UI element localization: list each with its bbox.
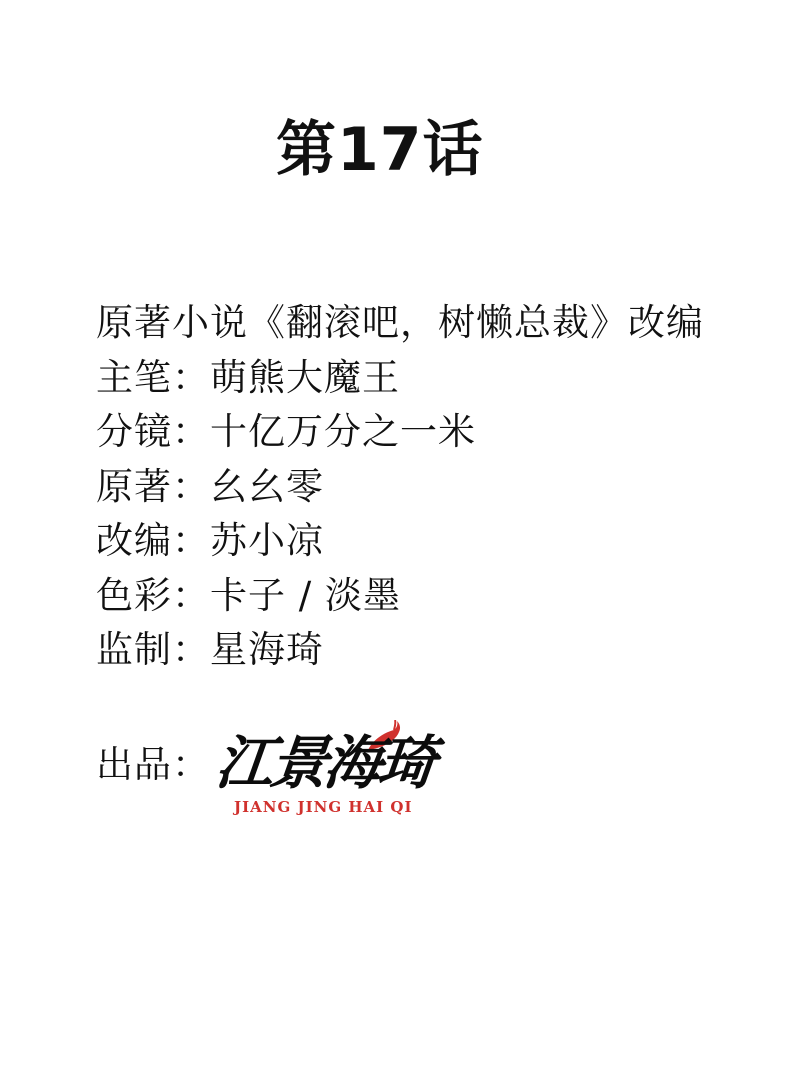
credit-label: 主笔 (96, 356, 172, 399)
credit-value: 幺幺零 (210, 465, 324, 508)
credit-label: 分镜 (96, 410, 172, 453)
credit-adaptation-note: 原著小说《翻滚吧，树懒总裁》改编 (96, 296, 704, 351)
credit-label: 改编 (96, 519, 172, 562)
credit-separator: ： (172, 356, 210, 399)
credit-colorist: 色彩：卡子 / 淡墨 (96, 569, 704, 624)
credit-separator: ： (172, 519, 210, 562)
credit-value: 苏小凉 (210, 519, 324, 562)
credit-storyboard: 分镜：十亿万分之一米 (96, 405, 704, 460)
logo-romanized: JIANG JING HAI QI (234, 798, 412, 816)
credit-label: 色彩 (96, 574, 172, 617)
credit-label: 监制 (96, 628, 172, 671)
credits-list: 原著小说《翻滚吧，树懒总裁》改编 主笔：萌熊大魔王 分镜：十亿万分之一米 原著：… (96, 296, 704, 678)
credit-adapter: 改编：苏小凉 (96, 514, 704, 569)
chapter-title: 第17话 (276, 112, 484, 188)
credit-separator: ： (172, 465, 210, 508)
credit-value: 卡子 / 淡墨 (210, 574, 401, 617)
credit-separator: ： (172, 574, 210, 617)
credit-lead-artist: 主笔：萌熊大魔王 (96, 351, 704, 406)
credit-label: 原著 (96, 465, 172, 508)
credit-original-author: 原著：幺幺零 (96, 460, 704, 515)
producer-label: 出品： (96, 738, 210, 792)
credit-supervisor: 监制：星海琦 (96, 623, 704, 678)
credit-value: 星海琦 (210, 628, 324, 671)
credit-label: 原著小说《翻滚吧，树懒总裁》改编 (96, 301, 704, 344)
credit-separator: ： (172, 628, 210, 671)
credit-value: 十亿万分之一米 (210, 410, 476, 453)
studio-logo: 江景海琦 JIANG JING HAI QI (216, 722, 446, 834)
credit-producer: 出品： 江景海琦 JIANG JING HAI QI (96, 730, 496, 840)
logo-wordmark: 江景海琦 (212, 728, 435, 798)
credit-separator: ： (172, 410, 210, 453)
credit-value: 萌熊大魔王 (210, 356, 400, 399)
